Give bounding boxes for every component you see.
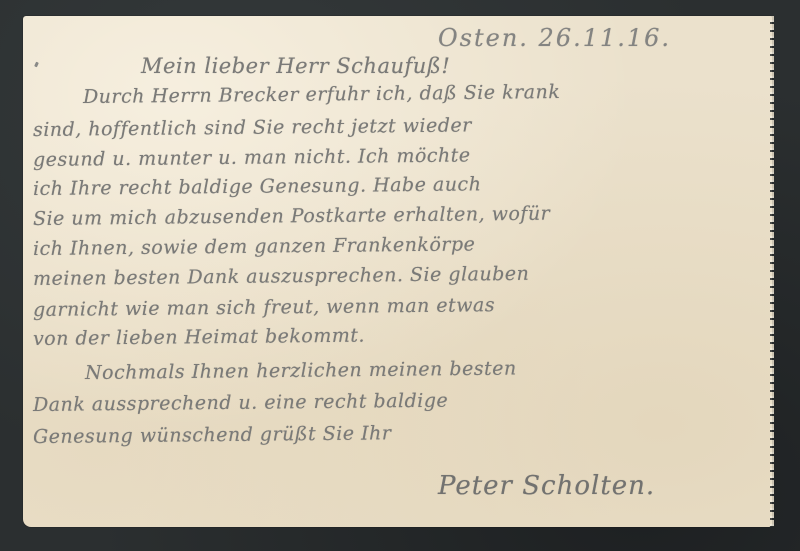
body-line: meinen besten Dank auszusprechen. Sie gl… [33, 263, 530, 290]
body-line: Genesung wünschend grüßt Sie Ihr [33, 422, 392, 448]
postcard-date: Osten. 26.11.16. [438, 24, 671, 52]
signature: Peter Scholten. [438, 471, 655, 501]
body-line: Dank aussprechend u. eine recht baldige [33, 390, 448, 416]
body-line: Nochmals Ihnen herzlichen meinen besten [85, 357, 517, 384]
body-line: garnicht wie man sich freut, wenn man et… [33, 294, 495, 321]
body-line: von der lieben Heimat bekommt. [33, 325, 365, 350]
body-line: Sie um mich abzusenden Postkarte erhalte… [33, 203, 550, 230]
body-line: ich Ihnen, sowie dem ganzen Frankenkörpe [33, 233, 476, 260]
body-line: sind, hoffentlich sind Sie recht jetzt w… [33, 114, 472, 141]
body-line: ich Ihre recht baldige Genesung. Habe au… [33, 173, 482, 200]
body-line: gesund u. munter u. man nicht. Ich möcht… [33, 144, 471, 171]
body-line: Durch Herrn Brecker erfuhr ich, daß Sie … [83, 81, 561, 108]
salutation: Mein lieber Herr Schaufuß! [141, 54, 450, 78]
pencil-mark [34, 62, 39, 68]
postcard: Osten. 26.11.16. Mein lieber Herr Schauf… [23, 16, 772, 527]
